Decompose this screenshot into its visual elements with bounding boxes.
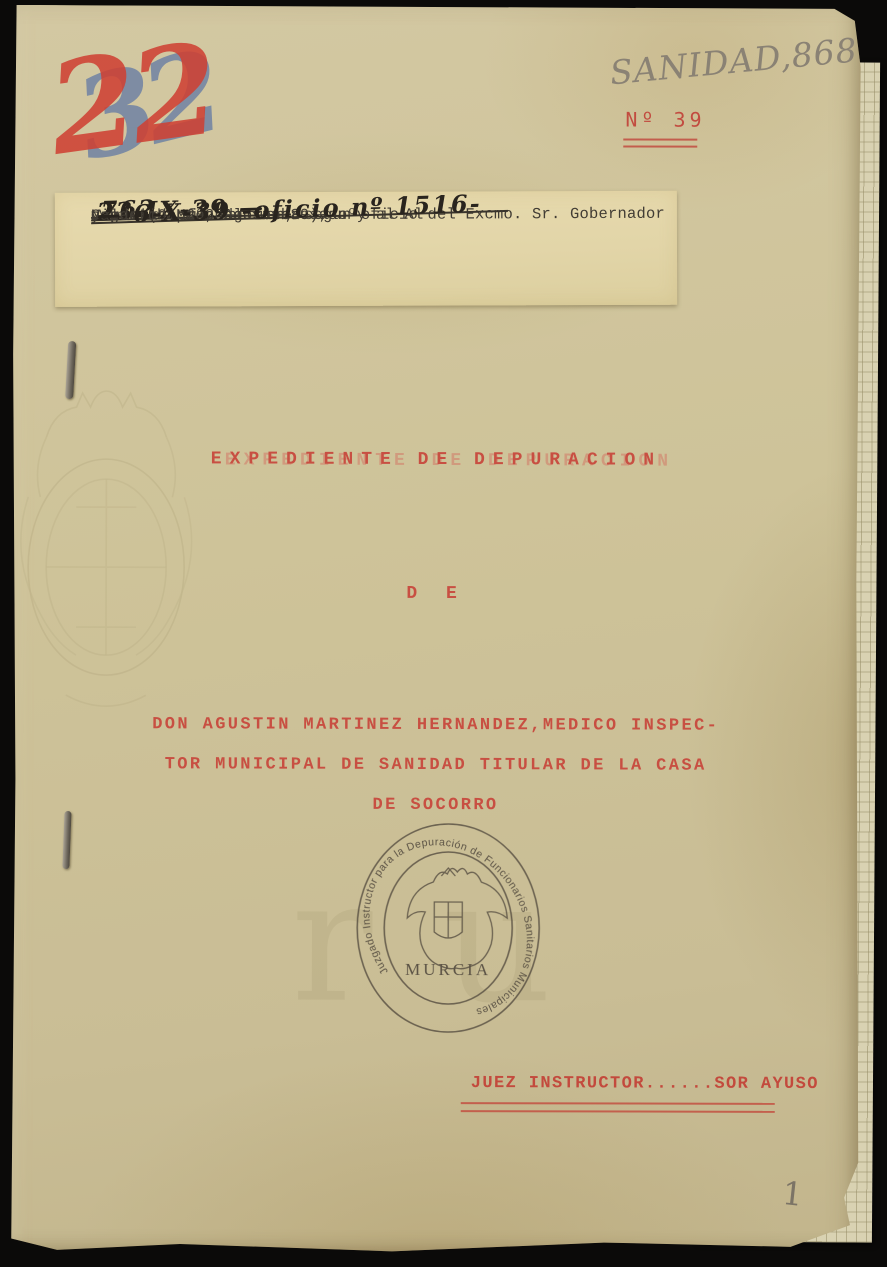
admission-note-text: Admitido sin sancion, segun oficio del E… [91, 203, 651, 205]
subject-name-block: DON AGUSTIN MARTINEZ HERNANDEZ,MEDICO IN… [11, 705, 859, 827]
eagle-emblem-icon [407, 868, 507, 969]
expediente-title: EXPEDIENTE DE DEPURACION EXPEDIENTE DE D… [12, 449, 860, 485]
paper-crest-watermark [6, 377, 207, 728]
subject-line-1: DON AGUSTIN MARTINEZ HERNANDEZ,MEDICO IN… [12, 705, 860, 747]
judge-instructor-line: JUEZ INSTRUCTOR......SOR AYUSO [471, 1074, 819, 1094]
crayon-number-red: 22 [40, 15, 222, 184]
court-oval-stamp: Juzgado Instructor para la Depuración de… [341, 816, 556, 1041]
de-label: D E [12, 583, 860, 605]
file-number-label: Nº 39 [625, 107, 705, 131]
crayon-file-number: 32 22 [39, 23, 239, 194]
pencil-folio-number: 1 [781, 1174, 805, 1214]
admission-note-slip: Admitido sin sancion, segun oficio del E… [55, 191, 677, 307]
stamp-city-text: MURCIA [405, 960, 491, 979]
scanned-archive-photo: 32 22 SANIDAD,8689/22 Nº 39 Admitido sin… [0, 0, 887, 1267]
pencil-archive-reference: SANIDAD,8689/22 [608, 28, 880, 92]
document-cover-page: 32 22 SANIDAD,8689/22 Nº 39 Admitido sin… [10, 5, 861, 1255]
subject-line-2: TOR MUNICIPAL DE SANIDAD TITULAR DE LA C… [12, 745, 860, 787]
judge-line-underline [461, 1102, 775, 1113]
file-number-underline [623, 138, 697, 147]
expediente-title-text: EXPEDIENTE DE DEPURACION [12, 449, 860, 471]
